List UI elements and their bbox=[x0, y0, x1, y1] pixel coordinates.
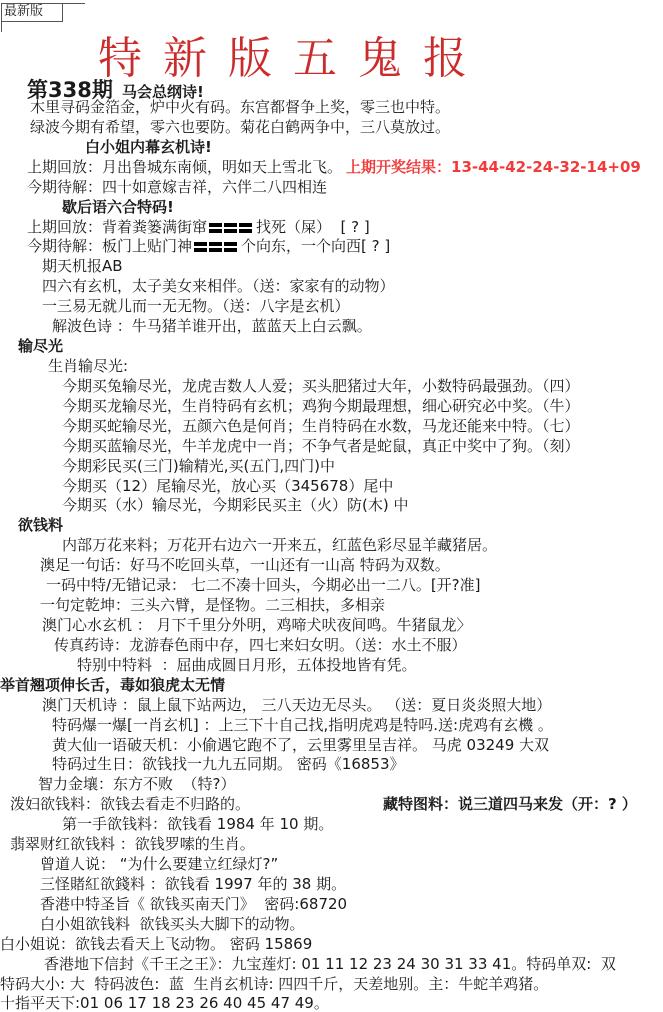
text-line: 解波色诗 ：牛马猪羊谁开出，蓝蓝天上白云飘。 bbox=[0, 317, 663, 337]
text-line: 输尽光 bbox=[0, 337, 663, 357]
line-text: 期天机报AB bbox=[42, 257, 123, 275]
line-text: 今期待解：四十如意嫁吉祥，六伴二八四相连 bbox=[27, 178, 327, 196]
text-line: 今期买（水）输尽光，今期彩民买主（火）防(木) 中 bbox=[0, 496, 663, 516]
text-line: 内部万花来料；万花开右边六一开来五，红蓝色彩尽显羊藏猪居。 bbox=[0, 536, 663, 556]
text-line: 香港地下信封《千王之王》：九宝莲灯: 01 11 12 23 24 30 31 … bbox=[0, 955, 663, 975]
text-line: 泼妇欲钱料：欲钱去看走不归路的。藏特图料：说三道四马来发（开：? ） bbox=[0, 795, 663, 815]
text-line: 绿波今期有希望，零六也要防。菊花白鹤两争中，三八莫放过。 bbox=[0, 118, 663, 138]
line-text: 白小姐说：欲钱去看天上飞动物。 密码 15869 bbox=[0, 935, 312, 953]
hidden-special-tip: 藏特图料：说三道四马来发（开：? ） bbox=[383, 795, 637, 815]
text-line: 歇后语六合特码! bbox=[0, 198, 663, 218]
line-text: 今期买（水）输尽光，今期彩民买主（火）防(木) 中 bbox=[62, 496, 408, 514]
text-line: 黄大仙一语破天机：小偷遇它跑不了，云里雾里呈吉祥。 马虎 03249 大双 bbox=[0, 736, 663, 756]
line-text: 翡翠财红欲钱料 ：欲钱罗嗦的生肖。 bbox=[10, 835, 255, 853]
text-line: 今期买兔输尽光，龙虎吉数人人爱；买头肥猪过大年，小数特码最强劲。（四） bbox=[0, 377, 663, 397]
text-line: 一三易无就儿而一无无物。（送：八字是玄机） bbox=[0, 297, 663, 317]
line-text: 白小姐内幕玄机诗! bbox=[85, 138, 212, 156]
line-text: 香港地下信封《千王之王》：九宝莲灯: 01 11 12 23 24 30 31 … bbox=[44, 955, 616, 973]
line-text: 澳足一句话：好马不吃回头草，一山还有一山高 特码为双数。 bbox=[40, 556, 450, 574]
text-line: 今期待解：板门上贴门神个向东，一个向西[ ? ] bbox=[0, 237, 663, 257]
line-text: 上期回放：月出鲁城东南倾，明如天上雪北飞。 bbox=[27, 158, 342, 176]
text-line: 澳门天机诗 ：鼠上鼠下站两边， 三八天边无尽头。 （送：夏日炎炎照大地） bbox=[0, 696, 663, 716]
text-line: 翡翠财红欲钱料 ：欲钱罗嗦的生肖。 bbox=[0, 835, 663, 855]
text-line: 一句定乾坤：三头六臂，是怪物。二三相扶，多相亲 bbox=[0, 596, 663, 616]
line-text: 香港中特圣旨《 欲钱买南天门》 密码:68720 bbox=[40, 895, 347, 913]
line-text: 黄大仙一语破天机：小偷遇它跑不了，云里雾里呈吉祥。 马虎 03249 大双 bbox=[52, 736, 549, 754]
line-text: 今期买蛇输尽光，五颜六色是何肖；生肖特码在水数，马龙还能来中特。（七） bbox=[62, 417, 580, 435]
line-text: 生肖输尽光: bbox=[48, 357, 128, 375]
line-text: 今期买蓝输尽光，牛羊龙虎中一肖；不争气者是蛇鼠，真正中奖中了狗。（刻） bbox=[62, 437, 580, 455]
text-line: 传真药诗：龙游春色雨中存，四七来妇女明。（送：水土不服） bbox=[0, 636, 663, 656]
riddle-answer: 找死（屎） [ ? ] bbox=[256, 218, 370, 236]
line-text: 四六有玄机，太子美女来相伴。（送：家家有的动物） bbox=[42, 277, 395, 295]
newspaper-page: 最新版 特新版五鬼报 第338期 马会总纲诗! 木里寻码金箔金，炉中火有码。东宫… bbox=[0, 0, 663, 1012]
text-line: 曾道人说： “为什么要建立红绿灯?” bbox=[0, 855, 663, 875]
text-line: 今期待解：四十如意嫁吉祥，六伴二八四相连 bbox=[0, 178, 663, 198]
text-line: 白小姐内幕玄机诗! bbox=[0, 138, 663, 158]
text-line: 白小姐说：欲钱去看天上飞动物。 密码 15869 bbox=[0, 935, 663, 955]
text-line: 特码过生日：欲钱找一九九五同期。 密码《16853》 bbox=[0, 755, 663, 775]
text-line: 生肖输尽光: bbox=[0, 357, 663, 377]
line-text: 特码爆一爆[一肖玄机] ：上三下十自己找,指明虎鸡是特吗.送:虎鸡有玄機 。 bbox=[52, 716, 553, 734]
text-line: 今期买龙输尽光，生肖特码有玄机；鸡狗今期最理想，细心研究必中奖。（牛） bbox=[0, 397, 663, 417]
text-line: 上期回放：背着粪篓满街窜找死（屎） [ ? ] bbox=[0, 218, 663, 238]
text-line: 香港中特圣旨《 欲钱买南天门》 密码:68720 bbox=[0, 895, 663, 915]
page-title: 特新版五鬼报 bbox=[98, 22, 488, 86]
line-text: 三怪賭紅欲錢料 ：欲钱看 1997 年的 38 期。 bbox=[40, 875, 346, 893]
line-text: 智力金壤：东方不败 （特?） bbox=[38, 775, 236, 793]
line-text: 一三易无就儿而一无无物。（送：八字是玄机） bbox=[42, 297, 350, 315]
text-line: 特码大小: 大 特码波色: 蓝 生肖玄机诗: 四四千斤，天差地别。主：牛蛇羊鸡猪… bbox=[0, 975, 663, 995]
text-line: 上期回放：月出鲁城东南倾，明如天上雪北飞。上期开奖结果：13-44-42-24-… bbox=[0, 158, 663, 178]
text-line: 澳门心水玄机 ： 月下千里分外明，鸡啼犬吠夜间鸣。牛猪鼠龙〉 bbox=[0, 616, 663, 636]
line-text: 特别中特料 ：屈曲成圆日月形，五体投地皆有凭。 bbox=[77, 656, 417, 674]
edition-badge: 最新版 bbox=[1, 3, 63, 22]
line-text: 一码中特/无错记录： 七二不凑十回头，今期必出一二八。[开?准] bbox=[46, 576, 481, 594]
line-text: 特码大小: 大 特码波色: 蓝 生肖玄机诗: 四四千斤，天差地别。主：牛蛇羊鸡猪… bbox=[0, 975, 548, 993]
text-line: 十指平天下:01 06 17 18 23 26 40 45 47 49。 bbox=[0, 994, 663, 1012]
line-text: 今期彩民买(三门)输精光,买(五门,四门)中 bbox=[62, 457, 335, 475]
line-text: 木里寻码金箔金，炉中火有码。东宫都督争上奖，零三也中特。 bbox=[30, 98, 450, 116]
line-text: 传真药诗：龙游春色雨中存，四七来妇女明。（送：水土不服） bbox=[54, 636, 467, 654]
text-line: 特别中特料 ：屈曲成圆日月形，五体投地皆有凭。 bbox=[0, 656, 663, 676]
text-line: 今期买蛇输尽光，五颜六色是何肖；生肖特码在水数，马龙还能来中特。（七） bbox=[0, 417, 663, 437]
censored-bars-icon bbox=[209, 219, 254, 239]
line-text: 欲钱料 bbox=[18, 516, 63, 534]
line-text: 曾道人说： “为什么要建立红绿灯?” bbox=[40, 855, 278, 873]
text-line: 澳足一句话：好马不吃回头草，一山还有一山高 特码为双数。 bbox=[0, 556, 663, 576]
line-text: 澳门心水玄机 ： 月下千里分外明，鸡啼犬吠夜间鸣。牛猪鼠龙〉 bbox=[42, 616, 472, 634]
line-text: 一句定乾坤：三头六臂，是怪物。二三相扶，多相亲 bbox=[40, 596, 385, 614]
line-text: 输尽光 bbox=[18, 337, 63, 355]
text-line: 智力金壤：东方不败 （特?） bbox=[0, 775, 663, 795]
line-text: 绿波今期有希望，零六也要防。菊花白鹤两争中，三八莫放过。 bbox=[30, 118, 450, 136]
text-line: 欲钱料 bbox=[0, 516, 663, 536]
text-line: 特码爆一爆[一肖玄机] ：上三下十自己找,指明虎鸡是特吗.送:虎鸡有玄機 。 bbox=[0, 716, 663, 736]
text-line: 三怪賭紅欲錢料 ：欲钱看 1997 年的 38 期。 bbox=[0, 875, 663, 895]
text-line: 四六有玄机，太子美女来相伴。（送：家家有的动物） bbox=[0, 277, 663, 297]
line-text: 内部万花来料；万花开右边六一开来五，红蓝色彩尽显羊藏猪居。 bbox=[62, 536, 497, 554]
line-text: 今期买龙输尽光，生肖特码有玄机；鸡狗今期最理想，细心研究必中奖。（牛） bbox=[62, 397, 580, 415]
line-text: 特码过生日：欲钱找一九九五同期。 密码《16853》 bbox=[52, 755, 405, 773]
line-text: 第一手欲钱料：欲钱看 1984 年 10 期。 bbox=[62, 815, 333, 833]
text-line: 白小姐欲钱料 欲钱买头大脚下的动物。 bbox=[0, 915, 663, 935]
line-text: 举首翘项伸长舌，毒如狼虎太无情 bbox=[0, 676, 225, 694]
text-line: 木里寻码金箔金，炉中火有码。东宫都督争上奖，零三也中特。 bbox=[0, 98, 663, 118]
riddle-text: 今期待解：板门上贴门神 bbox=[27, 237, 192, 255]
last-draw-result: 上期开奖结果：13-44-42-24-32-14+09 bbox=[346, 158, 641, 176]
text-line: 一码中特/无错记录： 七二不凑十回头，今期必出一二八。[开?准] bbox=[0, 576, 663, 596]
censored-bars-icon bbox=[194, 238, 239, 258]
riddle-answer: 个向东，一个向西[ ? ] bbox=[241, 237, 390, 255]
text-line: 举首翘项伸长舌，毒如狼虎太无情 bbox=[0, 676, 663, 696]
body-lines: 木里寻码金箔金，炉中火有码。东宫都督争上奖，零三也中特。绿波今期有希望，零六也要… bbox=[0, 98, 663, 1012]
line-text: 澳门天机诗 ：鼠上鼠下站两边， 三八天边无尽头。 （送：夏日炎炎照大地） bbox=[42, 696, 551, 714]
text-line: 期天机报AB bbox=[0, 257, 663, 277]
text-line: 今期买（12）尾输尽光，放心买（345678）尾中 bbox=[0, 477, 663, 497]
line-text: 歇后语六合特码! bbox=[62, 198, 174, 216]
line-text: 白小姐欲钱料 欲钱买头大脚下的动物。 bbox=[40, 915, 305, 933]
text-line: 第一手欲钱料：欲钱看 1984 年 10 期。 bbox=[0, 815, 663, 835]
riddle-text: 上期回放：背着粪篓满街窜 bbox=[27, 218, 207, 236]
line-text: 今期买兔输尽光，龙虎吉数人人爱；买头肥猪过大年，小数特码最强劲。（四） bbox=[62, 377, 580, 395]
line-text: 泼妇欲钱料：欲钱去看走不归路的。 bbox=[10, 795, 250, 813]
line-text: 今期买（12）尾输尽光，放心买（345678）尾中 bbox=[62, 477, 393, 495]
line-text: 十指平天下:01 06 17 18 23 26 40 45 47 49。 bbox=[0, 994, 329, 1012]
text-line: 今期彩民买(三门)输精光,买(五门,四门)中 bbox=[0, 457, 663, 477]
line-text: 解波色诗 ：牛马猪羊谁开出，蓝蓝天上白云飘。 bbox=[52, 317, 372, 335]
text-line: 今期买蓝输尽光，牛羊龙虎中一肖；不争气者是蛇鼠，真正中奖中了狗。（刻） bbox=[0, 437, 663, 457]
